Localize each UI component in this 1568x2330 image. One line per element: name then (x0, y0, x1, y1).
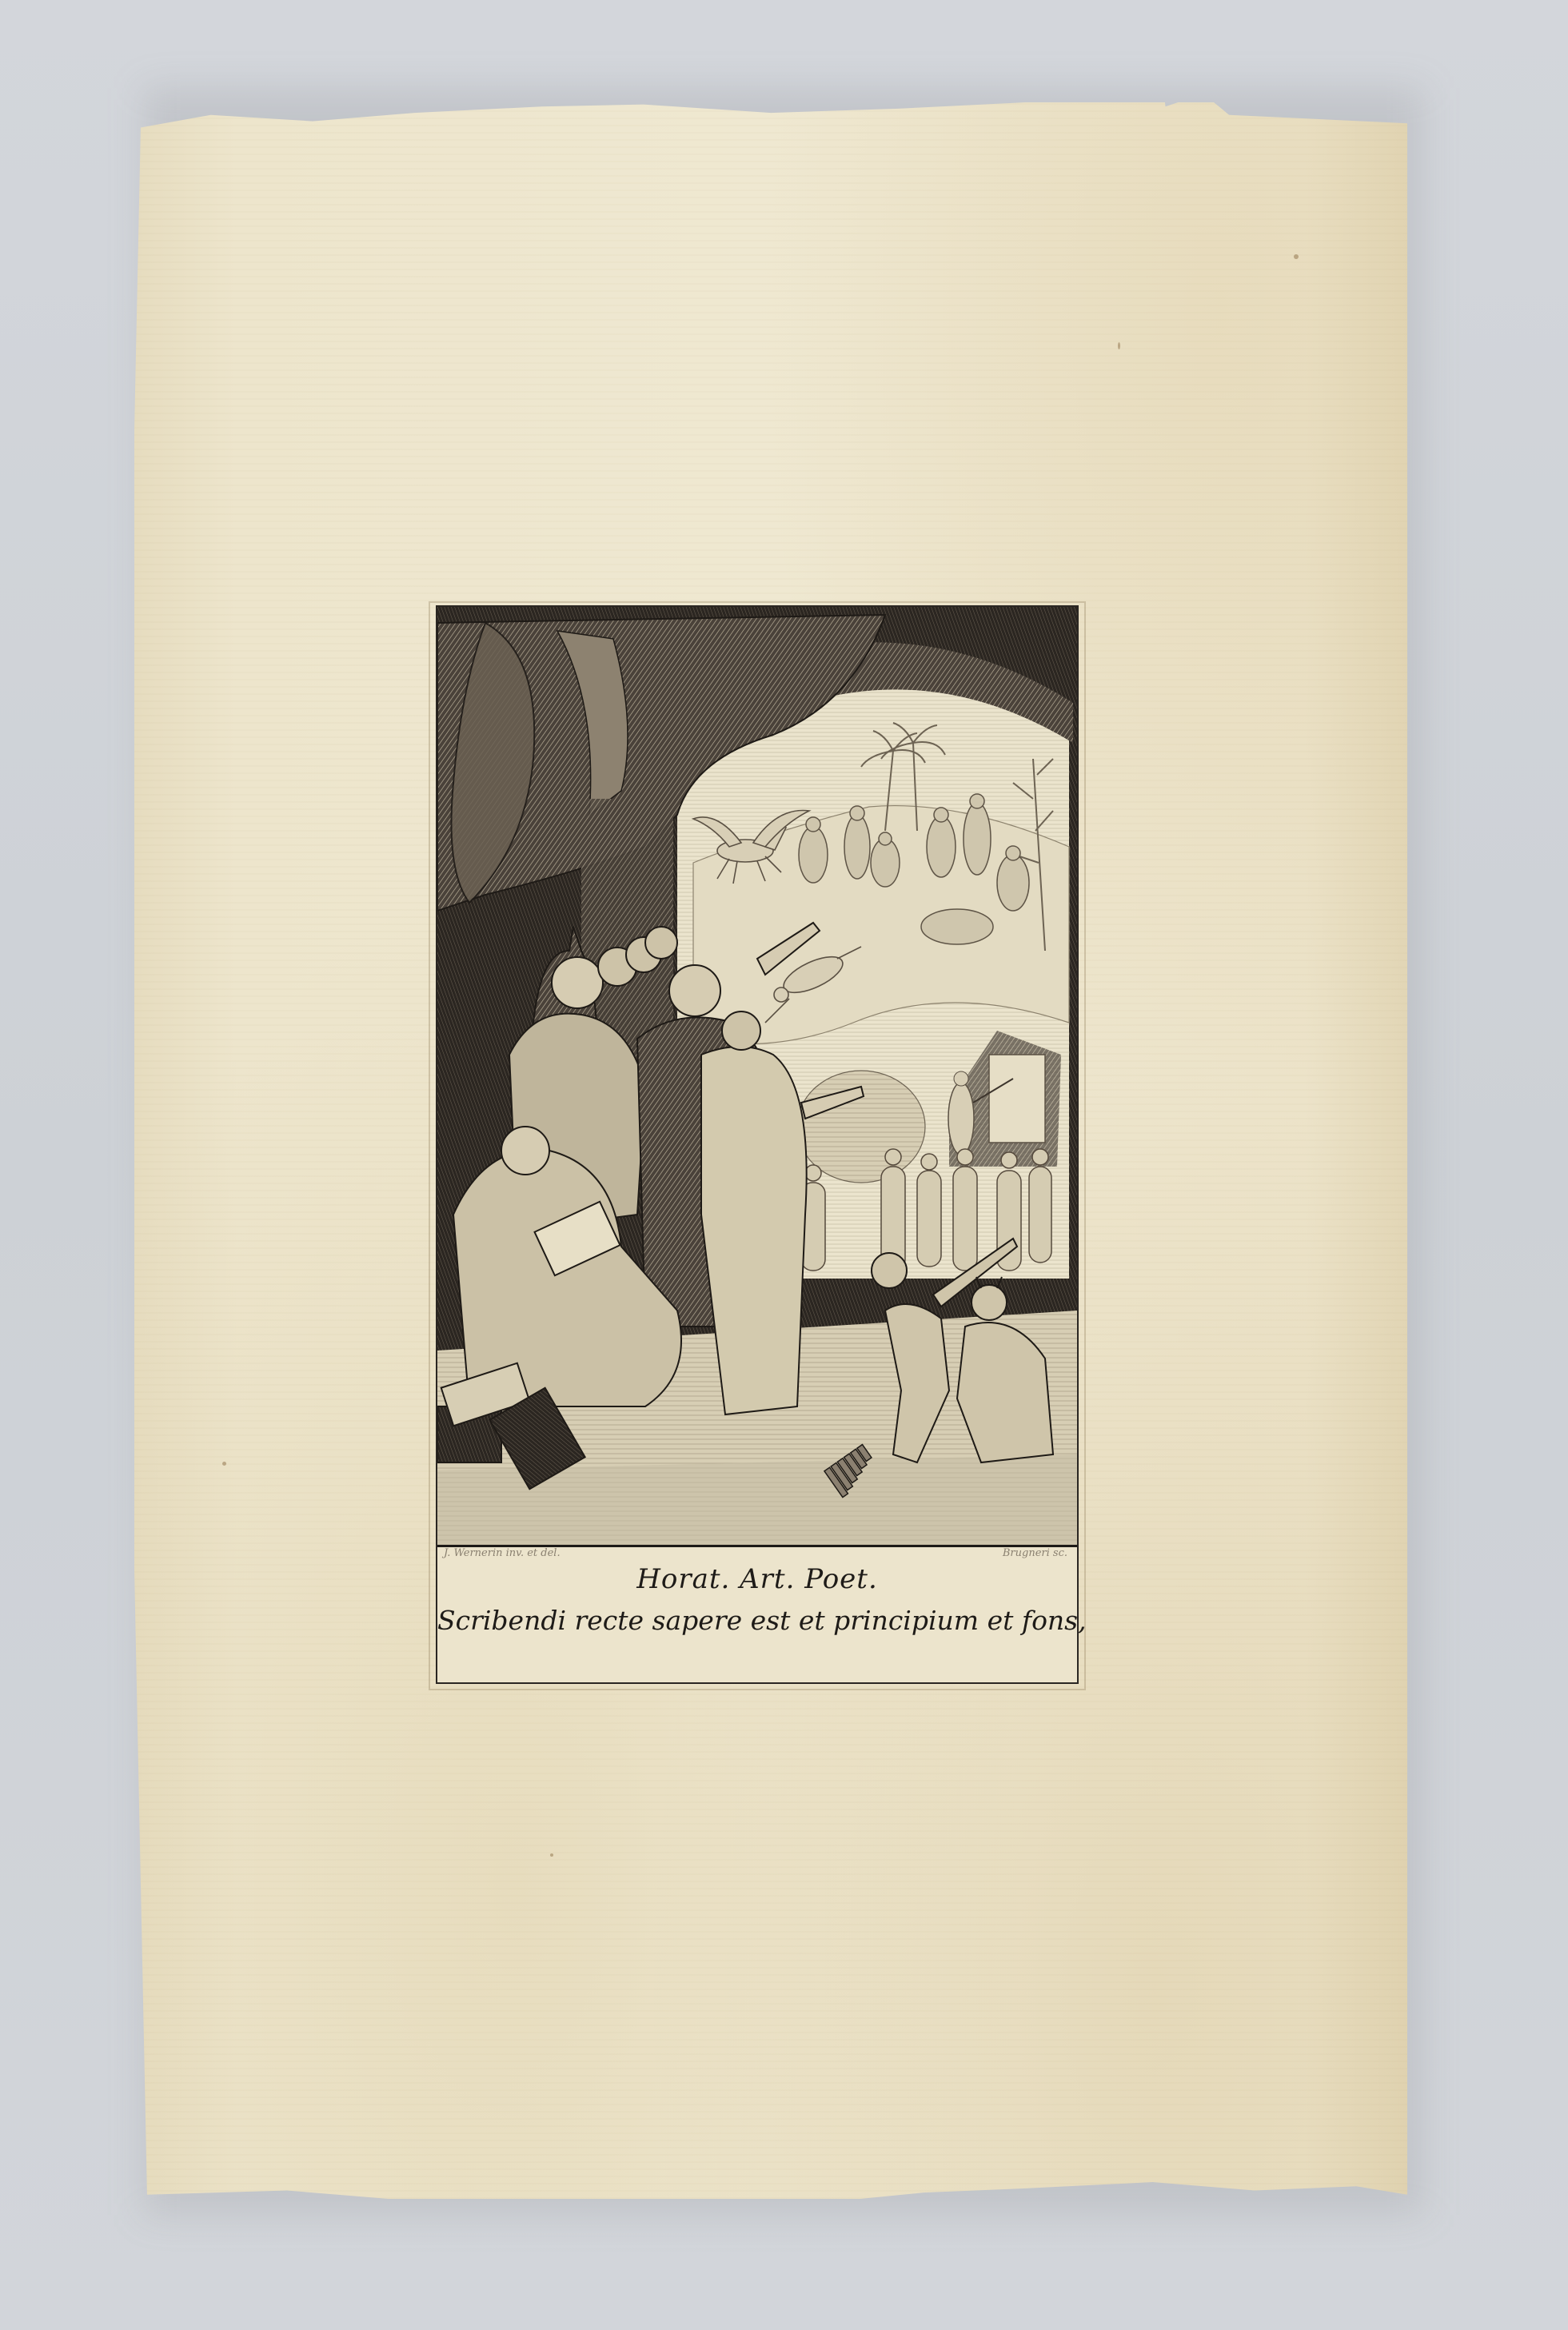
foxing-spot (222, 1462, 226, 1466)
engraving-image (437, 607, 1077, 1547)
engraving-plate: J. Wernerin inv. et del. Brugneri sc. Ho… (436, 605, 1079, 1684)
engraver-signature: Brugneri sc. (1003, 1547, 1067, 1559)
foxing-spot (1118, 342, 1120, 349)
foxing-spot (550, 1853, 553, 1857)
caption-title: Horat. Art. Poet. (437, 1563, 1077, 1595)
engraving-scene-illustration (437, 607, 1077, 1545)
artist-signature: J. Wernerin inv. et del. (444, 1547, 561, 1559)
foxing-spot (1294, 254, 1299, 259)
caption-verse: Scribendi recte sapere est et principium… (437, 1605, 1077, 1636)
